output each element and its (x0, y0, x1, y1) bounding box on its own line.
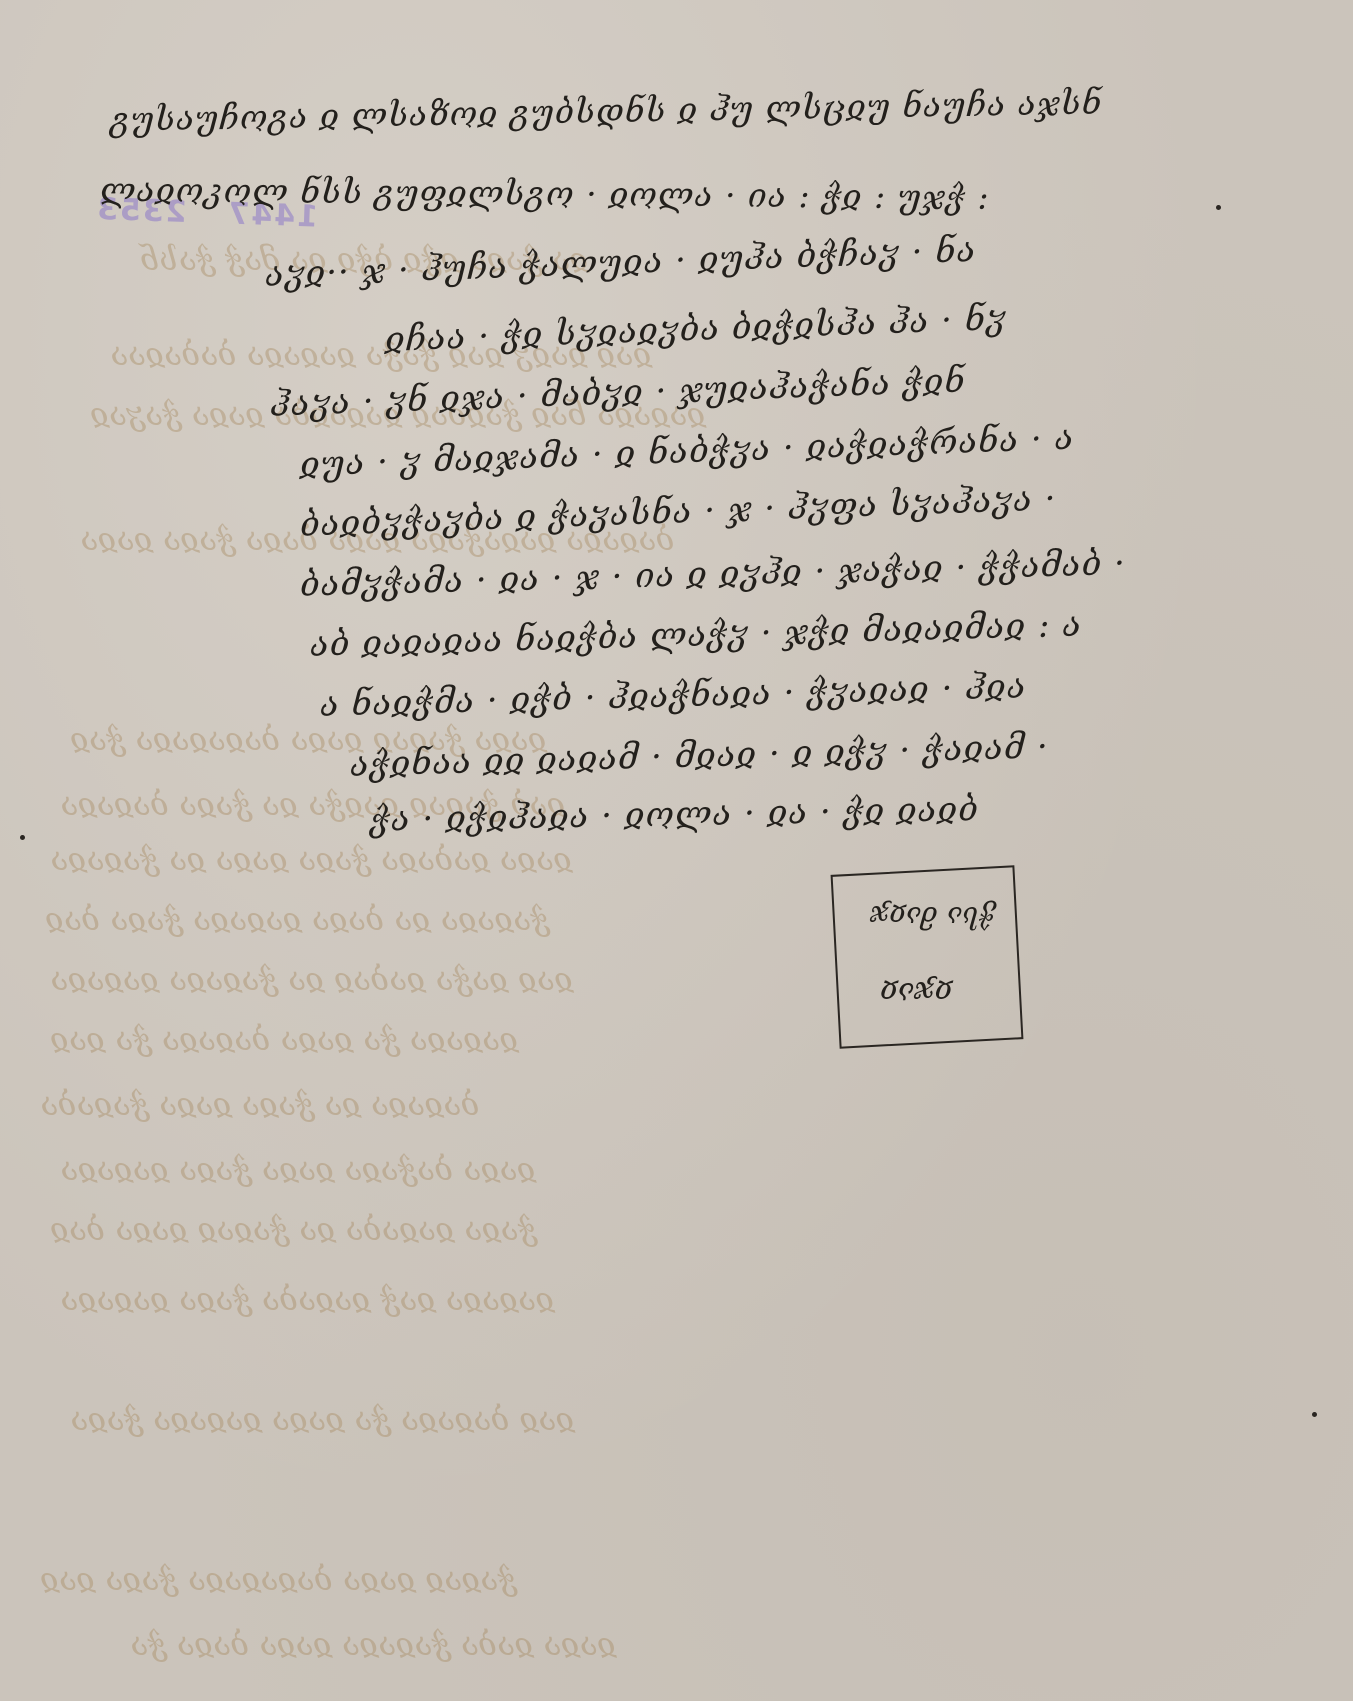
signature-line: ჲჯაჲ (880, 975, 952, 1010)
signature-line: ჭსა მაჲჯ (870, 900, 995, 933)
bleed-line: ბაჲაჲა ჲა ჭაჲა ჲაჲა ჭაჲაბა (40, 1085, 479, 1123)
bleed-line: ჲაჲაჲა ჭა ჲაჲა ბაჲაჲა ჭა ჲაჲ (50, 1020, 518, 1058)
ink-mark (20, 835, 25, 840)
ink-mark (1312, 1412, 1317, 1417)
bleed-line: ჲაჲა ბაჭაჲა ჲაჲა ჭაჲა ჲაჲაჲა (60, 1150, 535, 1188)
bleed-line: ჭაჲაჲ ჲაჲა ბაჲაჲაჲა ჭაჲა ჲაჲ (40, 1560, 516, 1598)
bleed-line: ჲაჲ ბაჲაჲა ჭა ჲაჲა ჲაჲაჲა ჭაჲა (70, 1400, 574, 1438)
bleed-line: ჲაჲ ჲაჭა ჲაბაჲ ჲა ჭაჲაჲა ჲაჲაჲა (50, 960, 573, 998)
ink-mark (1216, 205, 1221, 210)
bleed-line: ჲაჲაჲა ჲაჭ ჲაჲაბა ჭაჲა ჲაჲაჲა (60, 1280, 554, 1318)
bleed-line: ჭაჲაჲა ჲა ბაჲა ჲაჲაჲა ჭაჲა ბაჲ (45, 900, 549, 938)
bleed-line: ჲაჲა ჲაბაჲა ჭაჲა ჲაჲა ჲა ჭაჲაჲა (50, 840, 572, 878)
bleed-line: ჲაჲა ჲაბა ჭაჲაჲა ჲაჲა ბაჲა ჭა (130, 1625, 616, 1663)
bleed-line: ჭაჲა ჲაჲაბა ჲა ჭაჲაჲ ჲაჲა ბაჲ (50, 1210, 537, 1248)
header-line: ლაჲოკოლ ნსს გუფჲლსგო · ჲოლა · ია : ჭჲ : … (100, 170, 990, 217)
signature-box (831, 865, 1024, 1048)
